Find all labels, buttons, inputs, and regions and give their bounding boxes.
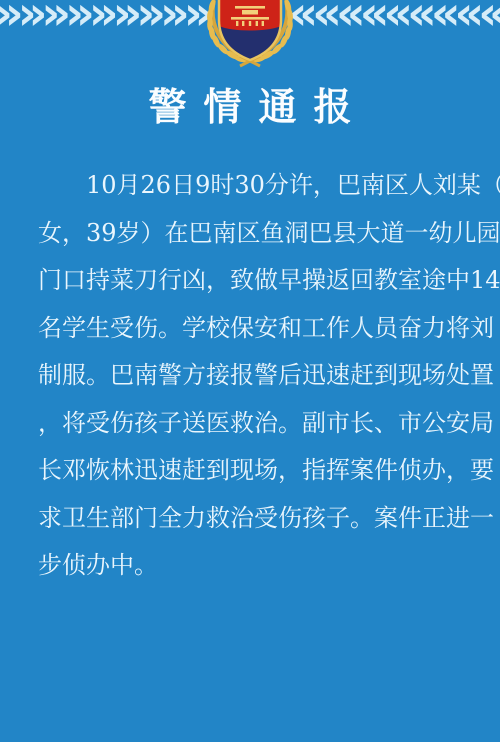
chevrons-right-icon: »»»»»»»»»	[0, 0, 207, 41]
police-notice-poster: »»»»»»»»» «««««««««	[0, 0, 500, 742]
police-emblem-icon	[198, 0, 302, 68]
notice-line: 长邓恢林迅速赶到现场，指挥案件侦办，要	[38, 447, 472, 495]
notice-line: 求卫生部门全力救治受伤孩子。案件正进一	[38, 495, 472, 543]
notice-line: 制服。巴南警方接报警后迅速赶到现场处置	[38, 352, 472, 400]
notice-line: 名学生受伤。学校保安和工作人员奋力将刘	[38, 305, 472, 353]
notice-line: ，将受伤孩子送医救治。副市长、市公安局	[38, 400, 472, 448]
notice-line: 门口持菜刀行凶，致做早操返回教室途中14	[38, 257, 472, 305]
notice-title: 警情通报	[0, 76, 500, 131]
notice-line: 女，39岁）在巴南区鱼洞巴县大道一幼儿园	[38, 210, 472, 258]
chevrons-left-icon: «««««««««	[289, 0, 500, 41]
notice-line: 步侦办中。	[38, 542, 472, 590]
notice-line: 10月26日9时30分许，巴南区人刘某（	[38, 162, 472, 210]
notice-body: 10月26日9时30分许，巴南区人刘某（ 女，39岁）在巴南区鱼洞巴县大道一幼儿…	[38, 162, 472, 590]
